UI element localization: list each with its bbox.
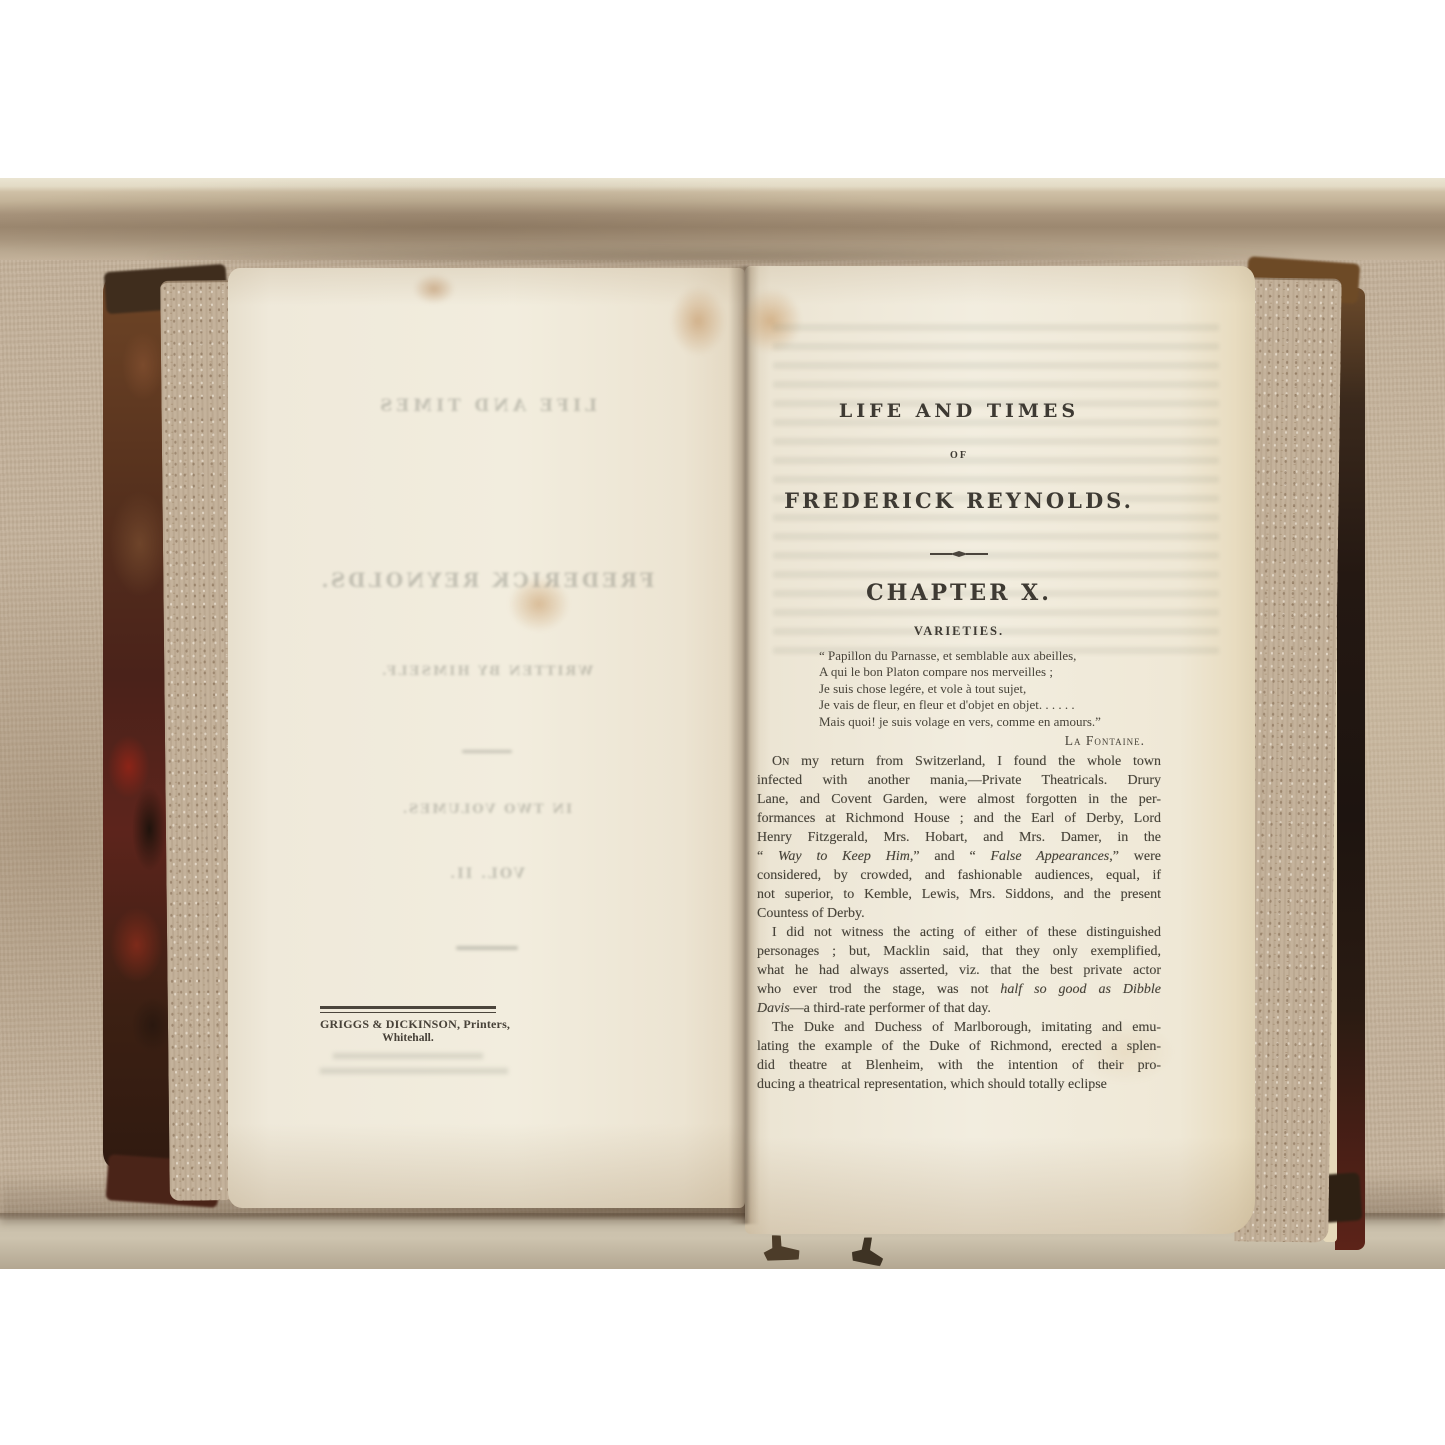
epigraph-line: Mais quoi! je suis volage en vers, comme… <box>819 714 1161 730</box>
paragraph: The Duke and Duchess of Marlborough, imi… <box>757 1018 1161 1094</box>
epigraph-attribution: La Fontaine. <box>819 733 1161 749</box>
ghost-imprint-line <box>320 1068 508 1074</box>
divider-diamond <box>950 551 968 557</box>
ghost-show-through-volume-number: VOL. II. <box>228 866 745 882</box>
divider-line <box>930 553 952 555</box>
paragraph: On my return from Switzerland, I found t… <box>757 752 1161 923</box>
epigraph-line: Je vais de fleur, en fleur et d'objet en… <box>819 697 1161 713</box>
divider-line <box>966 553 988 555</box>
ghost-imprint-line <box>333 1053 483 1059</box>
ghost-rule <box>456 946 518 950</box>
ghost-show-through-volumes: IN TWO VOLUMES. <box>228 802 745 817</box>
decorative-divider <box>757 550 1161 558</box>
left-page-content: LIFE AND TIMES FREDERICK REYNOLDS. WRITT… <box>228 268 745 1208</box>
paragraph: I did not witness the acting of either o… <box>757 923 1161 1018</box>
epigraph-quote: “ Papillon du Parnasse, et semblable aux… <box>819 648 1161 749</box>
imprint-double-rule <box>320 1006 496 1013</box>
ghost-rule <box>462 750 512 753</box>
imprint-printer-name: GRIGGS & DICKINSON, Printers, <box>320 1017 496 1032</box>
epigraph-line: “ Papillon du Parnasse, et semblable aux… <box>819 648 1161 664</box>
ghost-show-through-title: LIFE AND TIMES <box>228 396 745 416</box>
page-author: FREDERICK REYNOLDS. <box>757 488 1161 513</box>
epigraph-line: A qui le bon Platon compare nos merveill… <box>819 664 1161 680</box>
chapter-heading: CHAPTER X. <box>757 580 1161 606</box>
body-text: On my return from Switzerland, I found t… <box>757 752 1161 1094</box>
photograph-area: LIFE AND TIMES FREDERICK REYNOLDS. WRITT… <box>0 178 1445 1269</box>
printer-imprint: GRIGGS & DICKINSON, Printers, Whitehall. <box>320 1006 496 1074</box>
section-heading: VARIETIES. <box>757 624 1161 639</box>
imprint-printer-place: Whitehall. <box>320 1032 496 1044</box>
ghost-show-through-byline: WRITTEN BY HIMSELF. <box>228 664 745 679</box>
page-title-of: OF <box>757 450 1161 461</box>
photo-of-open-book: LIFE AND TIMES FREDERICK REYNOLDS. WRITT… <box>0 0 1445 1445</box>
epigraph-line: Je suis chose legére, et vole à tout suj… <box>819 681 1161 697</box>
right-page-content: LIFE AND TIMES OF FREDERICK REYNOLDS. CH… <box>745 266 1255 1234</box>
ghost-show-through-author: FREDERICK REYNOLDS. <box>228 568 745 592</box>
open-book: LIFE AND TIMES FREDERICK REYNOLDS. WRITT… <box>95 260 1367 1240</box>
page-title: LIFE AND TIMES <box>757 400 1161 422</box>
